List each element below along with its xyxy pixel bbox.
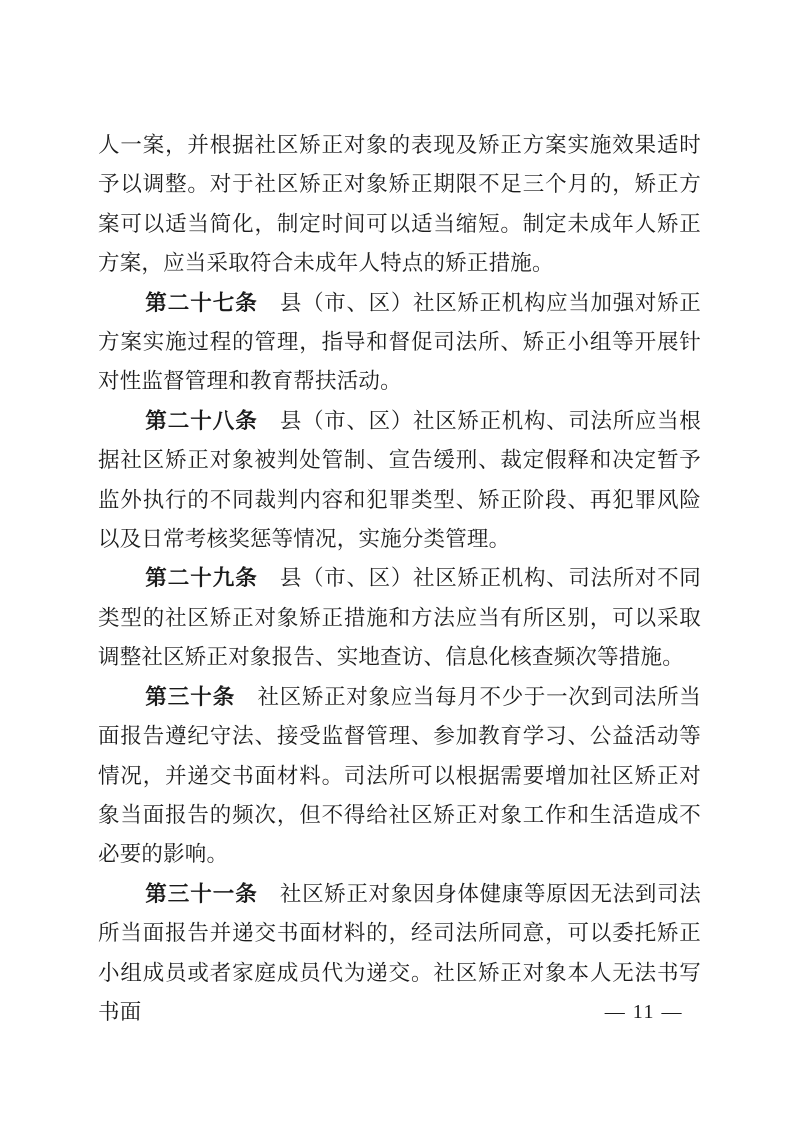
document-page: 人一案，并根据社区矫正对象的表现及矫正方案实施效果适时予以调整。对于社区矫正对象…: [0, 0, 793, 1122]
article-28-number: 第二十八条: [145, 409, 257, 433]
document-body: 人一案，并根据社区矫正对象的表现及矫正方案实施效果适时予以调整。对于社区矫正对象…: [98, 126, 701, 1032]
article-27-paragraph: 第二十七条 县（市、区）社区矫正机构应当加强对矫正方案实施过程的管理，指导和督促…: [98, 284, 701, 402]
paragraph-text: 人一案，并根据社区矫正对象的表现及矫正方案实施效果适时予以调整。对于社区矫正对象…: [98, 133, 701, 275]
article-28-paragraph: 第二十八条 县（市、区）社区矫正机构、司法所应当根据社区矫正对象被判处管制、宣告…: [98, 402, 701, 560]
article-29-paragraph: 第二十九条 县（市、区）社区矫正机构、司法所对不同类型的社区矫正对象矫正措施和方…: [98, 559, 701, 677]
paragraph-continuation: 人一案，并根据社区矫正对象的表现及矫正方案实施效果适时予以调整。对于社区矫正对象…: [98, 126, 701, 284]
paragraph-text: 社区矫正对象应当每月不少于一次到司法所当面报告遵纪守法、接受监督管理、参加教育学…: [98, 685, 701, 867]
article-29-number: 第二十九条: [145, 566, 257, 590]
page-number: — 11 —: [605, 1001, 683, 1024]
article-31-number: 第三十一条: [145, 882, 257, 906]
article-30-paragraph: 第三十条 社区矫正对象应当每月不少于一次到司法所当面报告遵纪守法、接受监督管理、…: [98, 678, 701, 875]
article-30-number: 第三十条: [145, 685, 235, 709]
article-27-number: 第二十七条: [145, 291, 257, 315]
